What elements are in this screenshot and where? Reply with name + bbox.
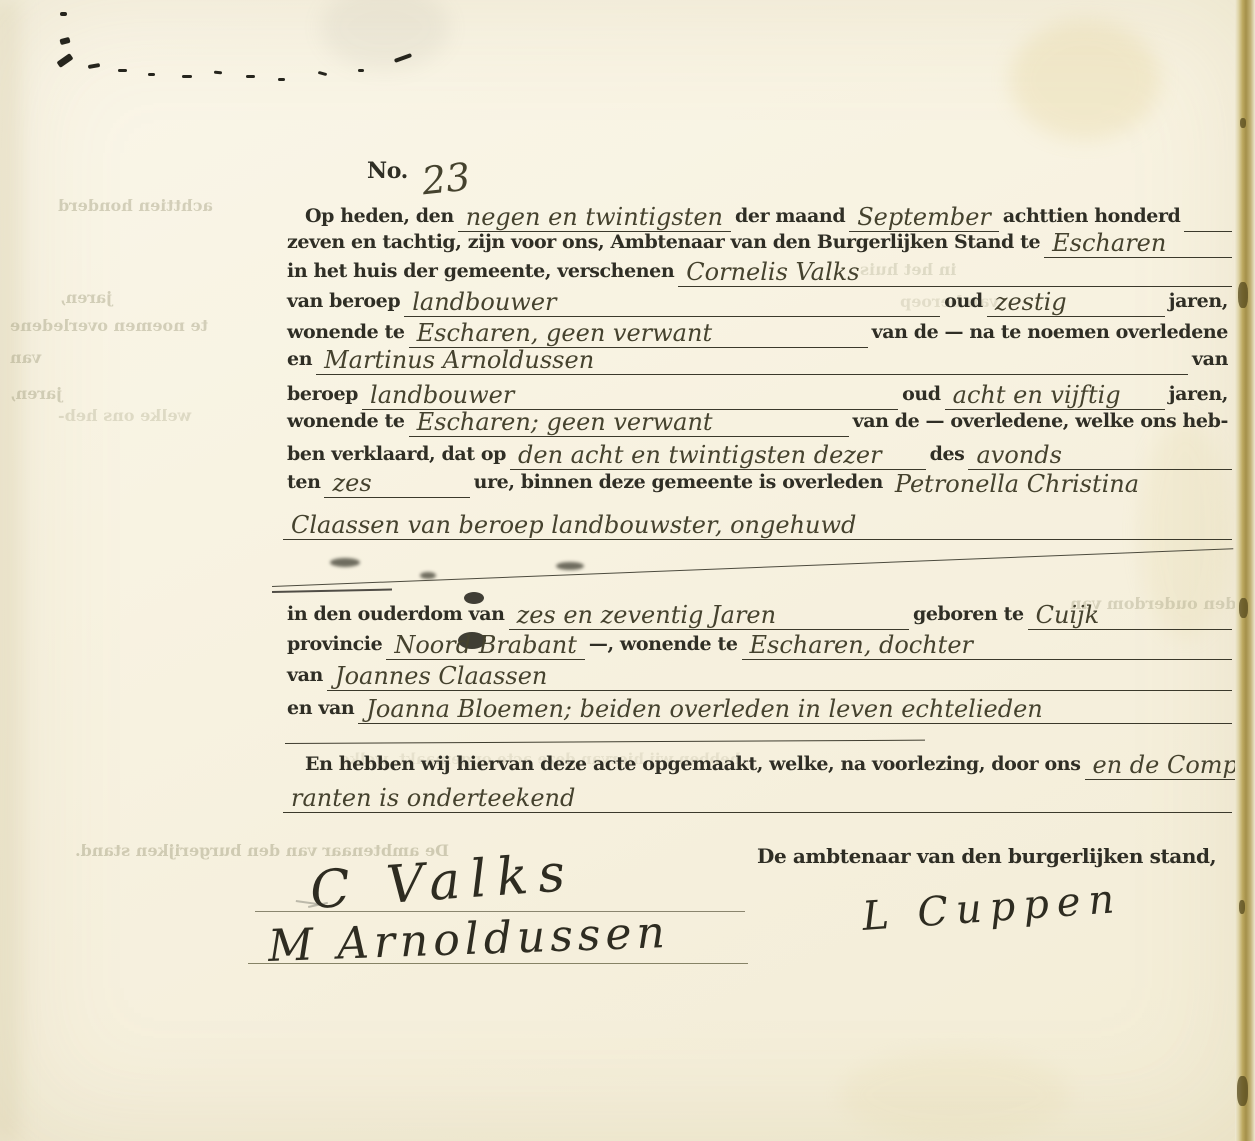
printed-text: in het huis der gemeente, verschenen (283, 262, 678, 287)
ink-speck (318, 71, 327, 76)
handwritten-entry: Escharen, dochter (742, 633, 981, 660)
printed-text: van (1188, 350, 1232, 375)
printed-text: en van (283, 699, 358, 724)
pencil-smudge (330, 558, 360, 567)
fill-rule (380, 497, 470, 498)
fill-rule (864, 539, 1232, 540)
act-number-label: No. (363, 160, 412, 188)
handwritten-entry: Escharen; geen verwant (409, 410, 721, 437)
handwritten-entry: Cuijk (1028, 603, 1107, 630)
form-line-4: van beroep landbouwer oud zestig jaren, (283, 285, 1232, 317)
bleedthrough-text: welke ons heb- (58, 408, 191, 424)
ink-speck (148, 73, 155, 76)
ink-speck (214, 71, 222, 75)
printed-text: ure, binnen deze gemeente is overleden (470, 473, 887, 498)
handwritten-entry: ranten is onderteekend (283, 786, 583, 813)
stray-ink-line (272, 548, 1233, 587)
paper-stain (0, 0, 20, 1141)
ink-speck (246, 75, 255, 78)
form-rule-fragment (285, 740, 925, 744)
handwritten-entry: Joanna Bloemen; beiden overleden in leve… (358, 697, 1050, 724)
printed-text: jaren, (1165, 292, 1232, 317)
death-certificate-scan: achttien honderd jaren, te noemen overle… (0, 0, 1255, 1141)
bleedthrough-text: jaren, (10, 386, 62, 402)
ink-speck (60, 12, 67, 16)
paper-stain (840, 1050, 1070, 1140)
signature-underline (248, 963, 748, 964)
handwritten-entry: landbouwer (404, 290, 564, 317)
form-line-10: ten zes ure, binnen deze gemeente is ove… (283, 466, 1232, 498)
printed-text: En hebben wij hiervan deze acte opgemaak… (301, 755, 1085, 780)
handwritten-entry: Petronella Christina (887, 472, 1147, 498)
handwritten-entry: zes en zeventig Jaren (509, 603, 785, 630)
binding-blot (1240, 118, 1246, 128)
form-line-12: in den ouderdom van zes en zeventig Jare… (283, 598, 1232, 630)
printed-text: in den ouderdom van (283, 605, 509, 630)
printed-text: van (283, 666, 327, 691)
form-line-13: provincie Noord Brabant —, wonende te Es… (283, 628, 1232, 660)
printed-text: oud (940, 292, 987, 317)
bleedthrough-text: achttien honderd (58, 198, 213, 214)
bleedthrough-text: van (10, 350, 41, 366)
form-line-6: en Martinus Arnoldussen van (283, 343, 1232, 375)
form-line-8: wonende te Escharen; geen verwant van de… (283, 405, 1232, 437)
signature-underline (255, 911, 745, 912)
registrar-title: De ambtenaar van den burgerlijken stand, (753, 846, 1220, 872)
fill-rule (721, 436, 849, 437)
fill-rule (1051, 723, 1232, 724)
printed-text: ten (283, 473, 324, 498)
binding-blot (1239, 900, 1245, 914)
ink-speck (59, 37, 70, 45)
bleedthrough-text: te noemen overledene (10, 318, 208, 334)
signature-declarant-2: M Arnoldussen (267, 911, 670, 969)
handwritten-entry: en de Compa- (1085, 753, 1255, 780)
form-line-3: in het huis der gemeente, verschenen Cor… (283, 255, 1232, 287)
printed-text: geboren te (909, 605, 1028, 630)
printed-text: wonende te (283, 412, 409, 437)
form-line-11: Claassen van beroep landbouwster, ongehu… (283, 508, 1232, 540)
act-number: No. 23 (363, 160, 478, 200)
paper-stain (1010, 20, 1160, 140)
form-line-14: van Joannes Claassen (283, 659, 1232, 691)
signature-registrar: L Cuppen (861, 879, 1123, 937)
printed-text: —, wonende te (585, 635, 742, 660)
form-line-16: En hebben wij hiervan deze acte opgemaak… (283, 748, 1232, 780)
form-line-15: en van Joanna Bloemen; beiden overleden … (283, 692, 1232, 724)
binding-blot (1237, 1076, 1248, 1106)
printed-text: van beroep (283, 292, 404, 317)
form-line-17: ranten is onderteekend (283, 781, 1232, 813)
act-number-value: 23 (410, 157, 480, 204)
handwritten-entry: Cornelis Valks (678, 260, 867, 287)
handwritten-entry: Claassen van beroep landbouwster, ongehu… (283, 513, 864, 540)
handwritten-entry: zestig (987, 290, 1075, 317)
fill-rule (583, 812, 1232, 813)
handwritten-entry: zes (324, 471, 379, 498)
bleedthrough-text: jaren, (60, 290, 112, 306)
ink-speck (88, 63, 101, 69)
handwritten-entry: Noord Brabant (386, 633, 585, 660)
binding-blot (1239, 598, 1248, 618)
pencil-smudge (420, 572, 436, 579)
printed-text: van de — overledene, welke ons heb- (849, 412, 1232, 437)
ink-speck (278, 78, 285, 81)
page-binding-edge (1235, 0, 1255, 1141)
ink-speck (118, 69, 127, 72)
paper-stain (320, 0, 450, 70)
handwritten-entry: Joannes Claassen (327, 664, 555, 691)
pencil-smudge (556, 562, 584, 570)
fill-rule (602, 374, 1188, 375)
handwritten-entry: Escharen (1044, 231, 1174, 258)
stray-ink-line (272, 588, 392, 593)
ink-speck (182, 75, 192, 78)
ink-speck (358, 69, 364, 72)
form-line-2: zeven en tachtig, zijn voor ons, Ambtena… (283, 226, 1232, 258)
ink-speck (56, 53, 73, 68)
printed-text: en (283, 350, 316, 375)
ink-blot (464, 592, 484, 604)
printed-text: provincie (283, 635, 386, 660)
fill-rule (555, 690, 1232, 691)
handwritten-entry: Martinus Arnoldussen (316, 348, 602, 375)
binding-blot (1238, 282, 1248, 308)
